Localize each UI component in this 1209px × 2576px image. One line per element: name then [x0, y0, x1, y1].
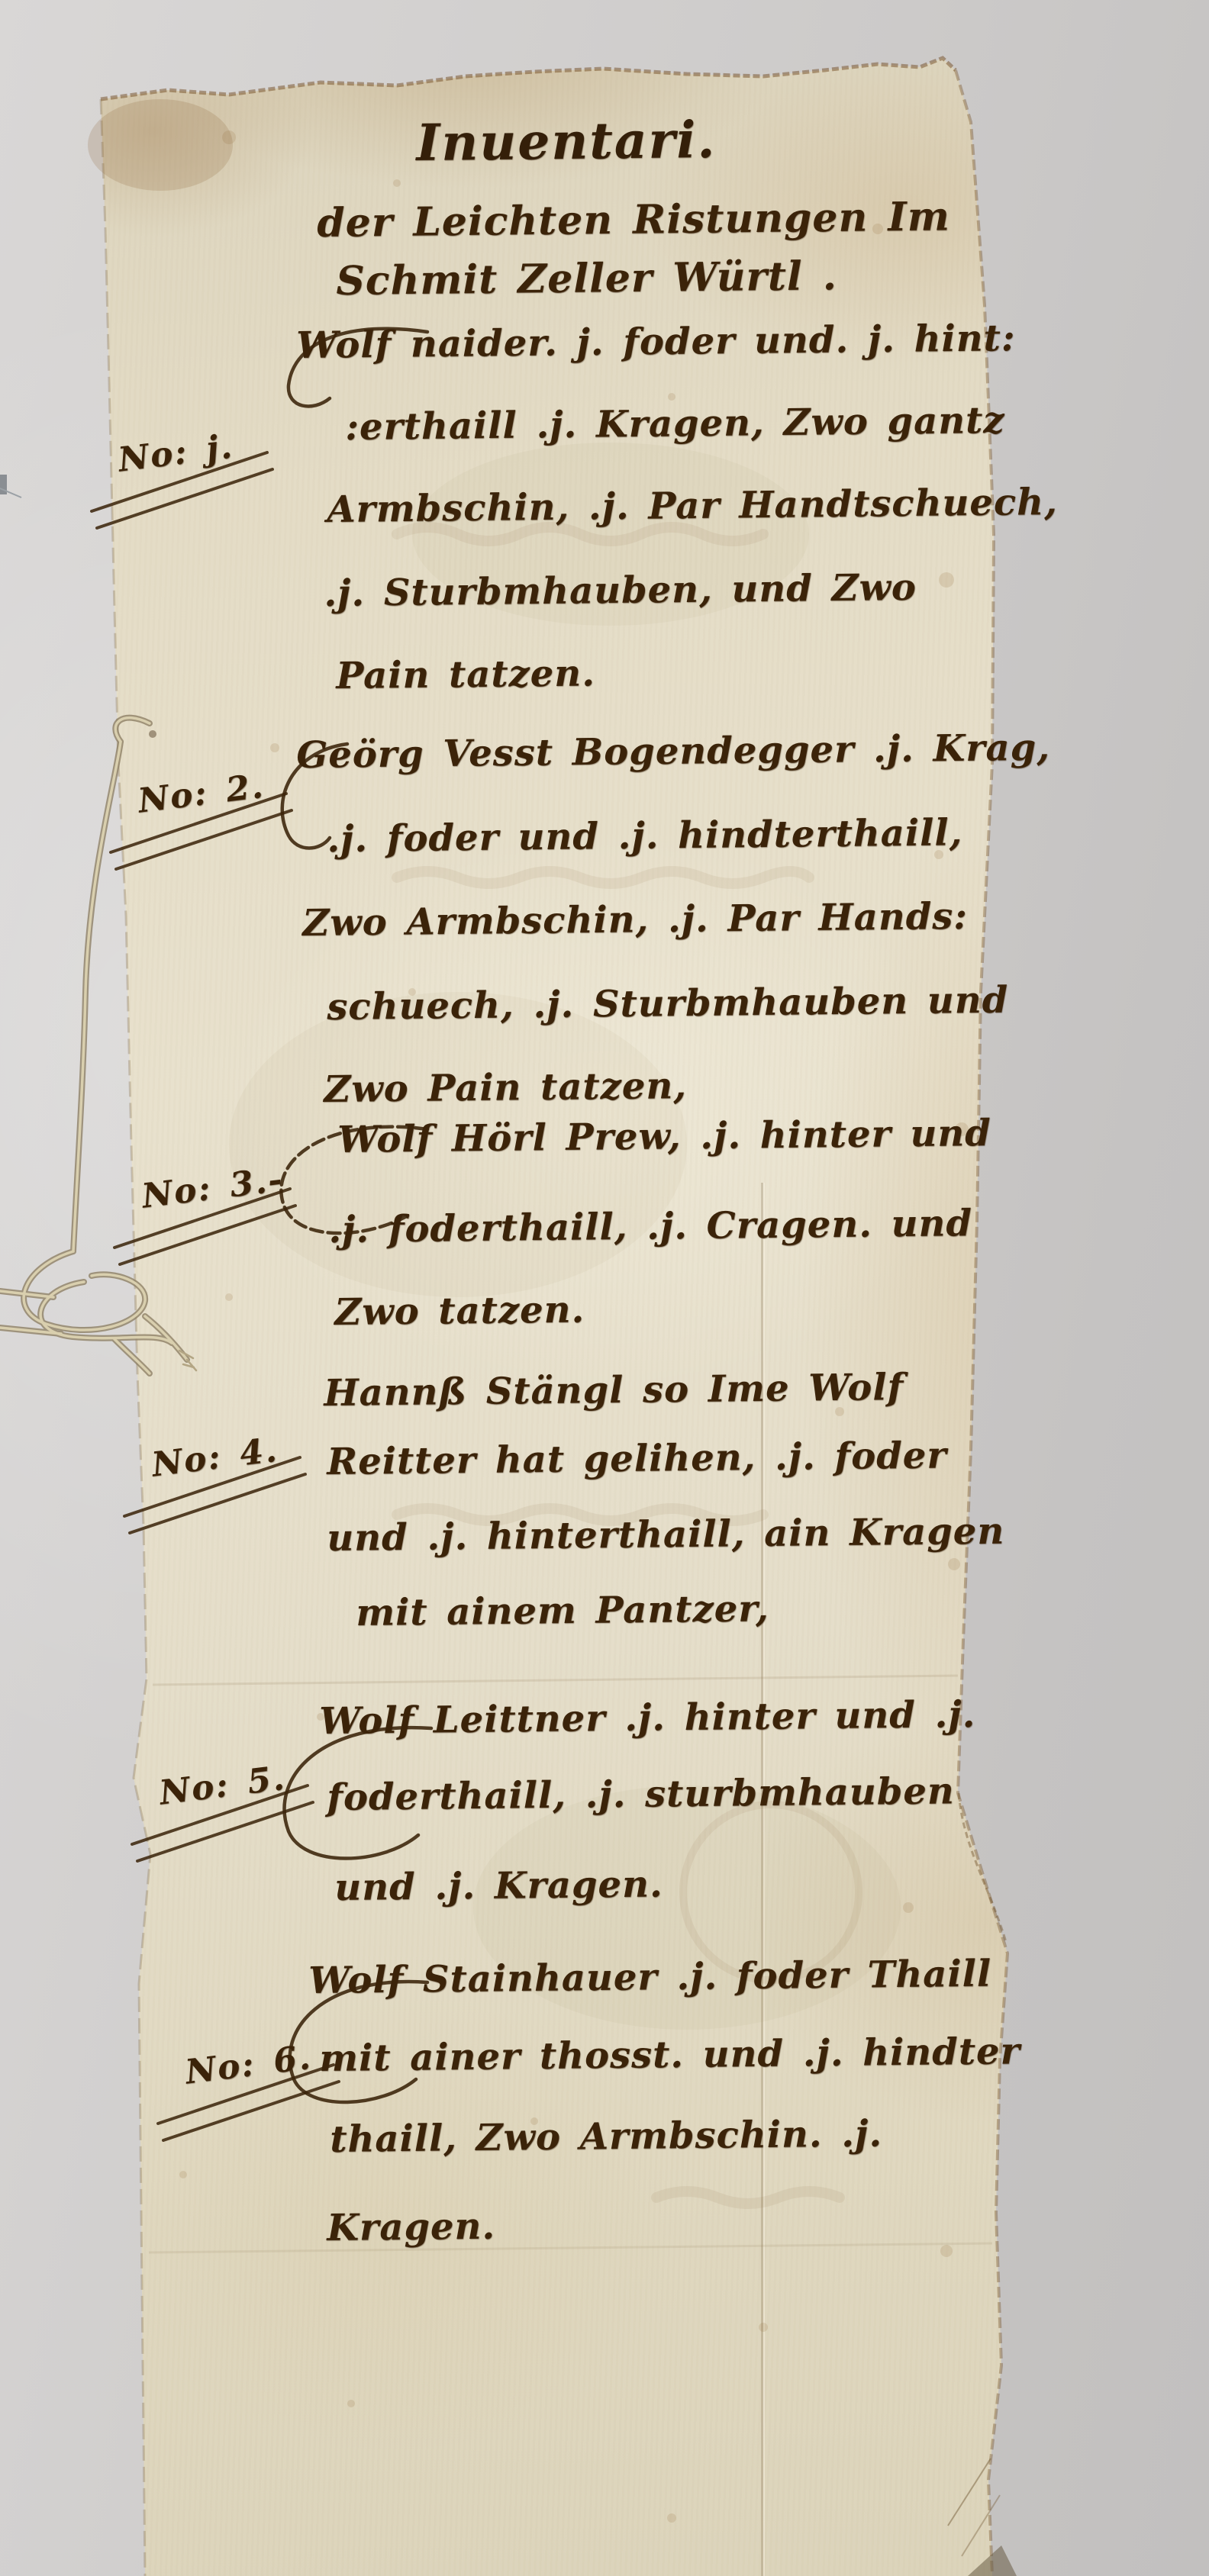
manuscript-line: und .j. hinterthaill, ain Kragen [327, 1510, 1004, 1560]
margin-number-2: No: 2. [136, 767, 266, 821]
manuscript-line: schuech, .j. Sturbmhauben und [327, 979, 1009, 1029]
manuscript-text: Inuentari. der Leichten Ristungen Im Sch… [0, 0, 1209, 2576]
manuscript-line: :erthaill .j. Kragen, Zwo gantz [345, 399, 1005, 449]
manuscript-line: Wolf naider. j. foder und. j. hint: [296, 317, 1016, 367]
manuscript-line: und .j. Kragen. [334, 1863, 663, 1909]
photograph-of-manuscript: Inuentari. der Leichten Ristungen Im Sch… [0, 0, 1209, 2576]
manuscript-line: Wolf Stainhauer .j. foder Thaill [308, 1953, 991, 2002]
margin-number-3: No: 3.- [140, 1160, 285, 1216]
margin-number-5: No: 5. [157, 1759, 288, 1813]
manuscript-line: Pain tatzen. [336, 652, 595, 697]
manuscript-line: Hannß Stängl so Ime Wolf [324, 1366, 904, 1415]
manuscript-line: .j. Sturbmhauben, und Zwo [324, 566, 917, 615]
manuscript-line: Geörg Vesst Bogendegger .j. Krag, [296, 726, 1050, 777]
manuscript-line: Zwo tatzen. [334, 1289, 585, 1334]
manuscript-line: Reitter hat gelihen, .j. foder [327, 1434, 947, 1483]
manuscript-line: foderthaill, .j. sturbmhauben [327, 1769, 955, 1819]
manuscript-line: .j. foder und .j. hindterthaill, [327, 811, 963, 861]
manuscript-line: Zwo Armbschin, .j. Par Hands: [302, 895, 968, 945]
margin-number-6: No: 6. [183, 2038, 314, 2092]
manuscript-line: Armbschin, .j. Par Handtschuech, [327, 481, 1058, 531]
subtitle-line: Schmit Zeller Würtl . [336, 253, 837, 304]
margin-number-1: No: j. [116, 427, 235, 480]
manuscript-line: .j. foderthaill, .j. Cragen. und [328, 1202, 972, 1251]
manuscript-line: mit ainem Pantzer, [356, 1587, 769, 1634]
page-title: Inuentari. [416, 110, 717, 172]
manuscript-line: Kragen. [327, 2205, 495, 2249]
manuscript-line: Wolf Hörl Prew, .j. hinter und [337, 1112, 991, 1161]
margin-number-4: No: 4. [150, 1431, 280, 1485]
manuscript-line: Zwo Pain tatzen, [324, 1064, 687, 1111]
subtitle-line: der Leichten Ristungen Im [317, 193, 950, 246]
manuscript-line: mit ainer thosst. und .j. hindter [319, 2030, 1020, 2080]
manuscript-line: thaill, Zwo Armbschin. .j. [330, 2112, 882, 2161]
manuscript-line: Wolf Leittner .j. hinter und .j. [319, 1693, 976, 1743]
